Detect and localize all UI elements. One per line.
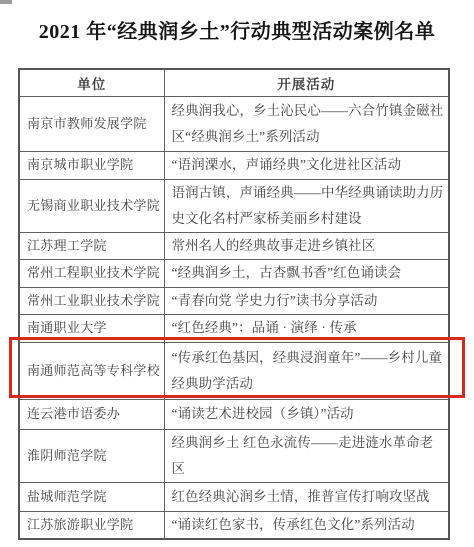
table-row: 南京市教师发展学院 经典润我心，乡土沁民心——六合竹镇金磁社区“经典润乡土”系列… <box>19 96 449 151</box>
activity-cell: “诵读艺术进校园（乡镇）”活动 <box>164 399 449 429</box>
table-row: 无锡商业职业技术学院 语润古镇，声诵经典——中华经典诵读助力历史文化名村严家桥美… <box>19 179 449 232</box>
unit-cell: 南京市教师发展学院 <box>19 96 164 151</box>
table-row-highlighted: 南通师范高等专科学校 “传承红色基因，经典浸润童年”——乡村儿童经典助学活动 <box>19 342 449 399</box>
table-row: 江苏旅游职业学院 “诵读红色家书，传承红色文化”系列活动 <box>19 511 449 539</box>
table-row: 盐城师范学院 红色经典沁润乡土情，推普宣传打响攻坚战 <box>19 482 449 511</box>
activity-cell: “经典润乡土，古杏飘书香”红色诵读会 <box>164 259 449 287</box>
table-row: 南京城市职业学院 “语润溧水，声诵经典”文化进社区活动 <box>19 151 449 179</box>
unit-cell: 连云港市语委办 <box>19 399 164 429</box>
table-header-row: 单位 开展活动 <box>19 69 449 96</box>
table-row: 常州工业职业技术学院 “青春向党 学史力行”读书分享活动 <box>19 287 449 314</box>
table-row: 连云港市语委办 “诵读艺术进校园（乡镇）”活动 <box>19 399 449 429</box>
activity-cell: 经典润乡土 红色永流传——走进涟水革命老区 <box>164 429 449 482</box>
activity-cell: “青春向党 学史力行”读书分享活动 <box>164 287 449 314</box>
unit-cell: 常州工业职业技术学院 <box>19 287 164 314</box>
unit-cell: 江苏旅游职业学院 <box>19 511 164 539</box>
document-page: 2021 年“经典润乡土”行动典型活动案例名单 单位 开展活动 南京市教师发展学… <box>0 0 474 547</box>
unit-cell: 南通师范高等专科学校 <box>19 342 164 399</box>
case-table: 单位 开展活动 南京市教师发展学院 经典润我心，乡土沁民心——六合竹镇金磁社区“… <box>18 68 450 540</box>
table-row: 常州工程职业技术学院 “经典润乡土，古杏飘书香”红色诵读会 <box>19 259 449 287</box>
activity-cell: 经典润我心，乡土沁民心——六合竹镇金磁社区“经典润乡土”系列活动 <box>164 96 449 151</box>
activity-cell: “语润溧水，声诵经典”文化进社区活动 <box>164 151 449 179</box>
activity-cell: “诵读红色家书，传承红色文化”系列活动 <box>164 511 449 539</box>
column-header-activity: 开展活动 <box>164 69 449 96</box>
activity-cell: 语润古镇，声诵经典——中华经典诵读助力历史文化名村严家桥美丽乡村建设 <box>164 179 449 232</box>
unit-cell: 南通职业大学 <box>19 314 164 342</box>
unit-cell: 常州工程职业技术学院 <box>19 259 164 287</box>
unit-cell: 南京城市职业学院 <box>19 151 164 179</box>
table-row: 江苏理工学院 常州名人的经典故事走进乡镇社区 <box>19 232 449 259</box>
table-row: 淮阴师范学院 经典润乡土 红色永流传——走进涟水革命老区 <box>19 429 449 482</box>
unit-cell: 江苏理工学院 <box>19 232 164 259</box>
scan-corner-artifact <box>0 0 12 4</box>
table-row: 南通职业大学 “红色经典”：品诵 · 演绎 · 传承 <box>19 314 449 342</box>
activity-cell: “红色经典”：品诵 · 演绎 · 传承 <box>164 314 449 342</box>
unit-cell: 淮阴师范学院 <box>19 429 164 482</box>
page-title: 2021 年“经典润乡土”行动典型活动案例名单 <box>0 20 474 45</box>
column-header-unit: 单位 <box>19 69 164 96</box>
unit-cell: 盐城师范学院 <box>19 482 164 511</box>
activity-cell: “传承红色基因，经典浸润童年”——乡村儿童经典助学活动 <box>164 342 449 399</box>
activity-cell: 红色经典沁润乡土情，推普宣传打响攻坚战 <box>164 482 449 511</box>
unit-cell: 无锡商业职业技术学院 <box>19 179 164 232</box>
activity-cell: 常州名人的经典故事走进乡镇社区 <box>164 232 449 259</box>
